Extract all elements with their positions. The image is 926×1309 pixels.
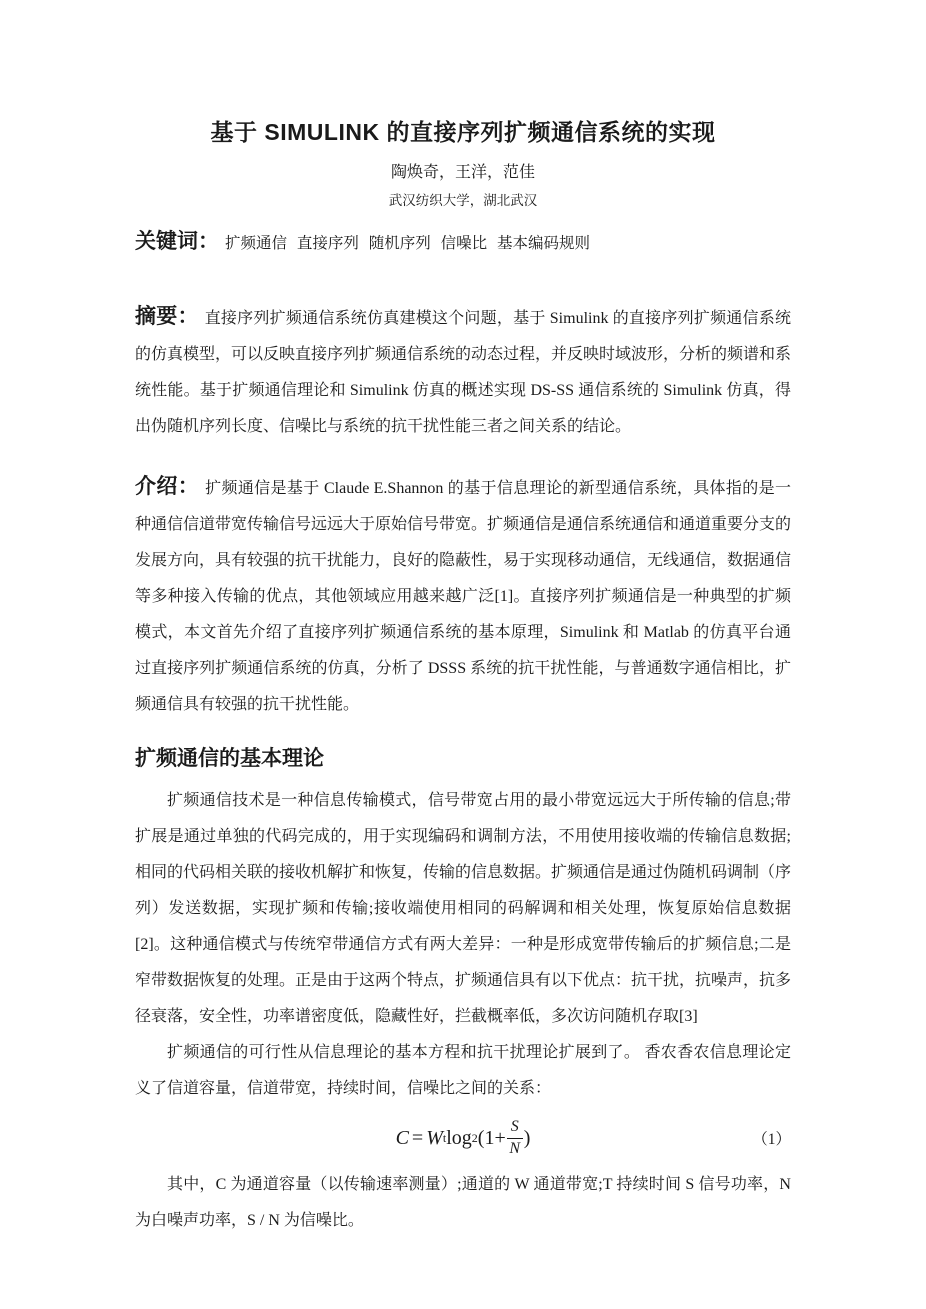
introduction-text: 扩频通信是基于 Claude E.Shannon 的基于信息理论的新型通信系统，… xyxy=(135,480,791,713)
body-paragraph-3: 其中，C 为通道容量（以传输速率测量）;通道的 W 通道带宽;T 持续时间 S … xyxy=(135,1167,791,1239)
body-paragraph-2: 扩频通信的可行性从信息理论的基本方程和抗干扰理论扩展到了。 香农香农信息理论定义… xyxy=(135,1035,791,1107)
formula-var-w: W xyxy=(426,1127,443,1150)
document-page: 基于 SIMULINK 的直接序列扩频通信系统的实现 陶焕奇，王洋，范佳 武汉纺… xyxy=(0,0,926,1309)
page-content: 基于 SIMULINK 的直接序列扩频通信系统的实现 陶焕奇，王洋，范佳 武汉纺… xyxy=(135,114,791,1239)
equation-row: C=Wtlog2(1+SN) （1） xyxy=(135,1111,791,1165)
formula-paren-open: (1+ xyxy=(478,1127,506,1150)
introduction-paragraph: 介绍：扩频通信是基于 Claude E.Shannon 的基于信息理论的新型通信… xyxy=(135,469,791,723)
paper-title: 基于 SIMULINK 的直接序列扩频通信系统的实现 xyxy=(135,114,791,150)
authors-line: 陶焕奇，王洋，范佳 xyxy=(135,162,791,184)
keywords-row: 关键词：扩频通信 直接序列 随机序列 信噪比 基本编码规则 xyxy=(135,227,791,259)
affiliation-line: 武汉纺织大学，湖北武汉 xyxy=(135,191,791,211)
keywords-label: 关键词： xyxy=(135,230,225,253)
shannon-capacity-formula: C=Wtlog2(1+SN) xyxy=(396,1118,531,1158)
formula-log: log xyxy=(446,1127,472,1150)
formula-paren-close: ) xyxy=(524,1127,531,1150)
formula-denominator: N xyxy=(509,1139,520,1158)
formula-equals: = xyxy=(409,1127,426,1150)
keywords-text: 扩频通信 直接序列 随机序列 信噪比 基本编码规则 xyxy=(225,235,590,252)
introduction-label: 介绍： xyxy=(135,475,205,498)
abstract-paragraph: 摘要：直接序列扩频通信系统仿真建模这个问题，基于 Simulink 的直接序列扩… xyxy=(135,299,791,445)
abstract-text: 直接序列扩频通信系统仿真建模这个问题，基于 Simulink 的直接序列扩频通信… xyxy=(135,310,791,435)
formula-numerator: S xyxy=(507,1118,523,1138)
equation-number: （1） xyxy=(752,1127,791,1149)
body-paragraph-1: 扩频通信技术是一种信息传输模式，信号带宽占用的最小带宽远远大于所传输的信息;带扩… xyxy=(135,783,791,1035)
section-heading-spread-spectrum-theory: 扩频通信的基本理论 xyxy=(135,743,791,775)
formula-fraction: SN xyxy=(507,1118,523,1158)
formula-var-c: C xyxy=(396,1127,409,1150)
abstract-label: 摘要： xyxy=(135,305,205,328)
